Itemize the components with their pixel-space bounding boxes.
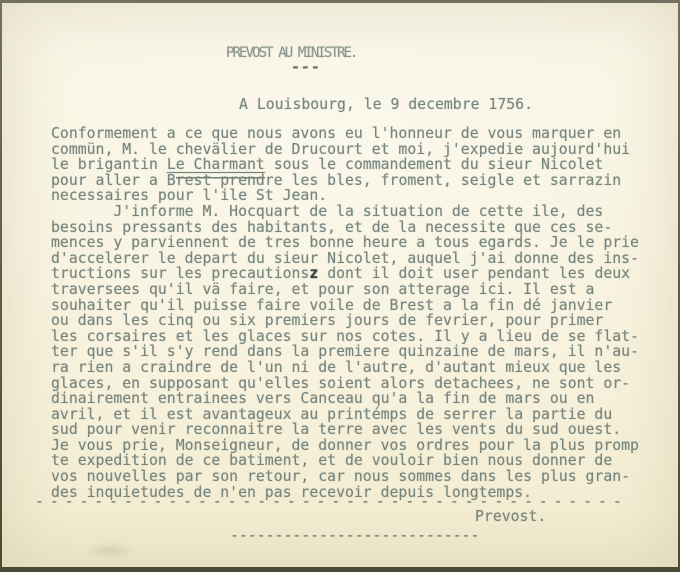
body-line: souhaiter qu'il puisse faire voile de Br…: [51, 298, 639, 314]
title-underline-dashes: ---: [291, 59, 321, 76]
body-line: dinairement entrainees vers Canceau qu'a…: [51, 391, 639, 407]
body-line: Conformement a ce que nous avons eu l'ho…: [51, 126, 639, 142]
body-line: les corsaires et les glaces sur nos cote…: [51, 329, 639, 345]
body-line: tructions sur les precautionsz dont il d…: [51, 266, 639, 282]
body-line: traversees qu'il vä faire, et pour son a…: [51, 282, 639, 298]
body-line: le brigantin Le Charmant sous le command…: [51, 157, 639, 173]
body-line: ter que s'il s'y rend dans la premiere q…: [51, 344, 639, 360]
body-line: glaces, en supposant qu'elles soient alo…: [51, 376, 639, 392]
body-line: Je vous prie, Monseigneur, de donner vos…: [51, 438, 639, 454]
body-line: commün, M. le chevälier de Drucourt et m…: [51, 142, 639, 158]
letter-body: Conformement a ce que nous avons eu l'ho…: [51, 126, 639, 500]
body-line: d'accelerer le depart du sieur Nicolet, …: [51, 251, 639, 267]
separator-dashes-bottom: ----------------------------: [230, 527, 479, 544]
body-line: ou dans les cinq ou six premiers jours d…: [51, 313, 639, 329]
dateline: A Louisbourg, le 9 decembre 1756.: [239, 96, 533, 113]
letter-paper: PREVOST AU MINISTRE. --- A Louisbourg, l…: [2, 3, 678, 567]
scan-frame: PREVOST AU MINISTRE. --- A Louisbourg, l…: [0, 0, 680, 572]
body-line: besoins pressants des habitants, et de l…: [51, 220, 639, 236]
body-line: J'informe M. Hocquart de la situation de…: [51, 204, 639, 220]
body-line: mences y parviennent de tres bonne heure…: [51, 235, 639, 251]
body-line: avril, et il est avantageux au printémps…: [51, 407, 639, 423]
body-line: sud pour venir reconnaitre la terre avec…: [51, 422, 639, 438]
body-line: necessaires pour l'ile St Jean.: [51, 188, 639, 204]
body-line: ra rien a craindre de l'un ni de l'autre…: [51, 360, 639, 376]
body-line: pour aller a Brest prendre les bles, fro…: [51, 173, 639, 189]
ink-smudge: [85, 543, 137, 558]
body-line: te expedition de ce batiment, et de voul…: [51, 453, 639, 469]
body-line: vos nouvelles par son retour, car nous s…: [51, 469, 639, 485]
signature: Prevost.: [475, 508, 546, 525]
